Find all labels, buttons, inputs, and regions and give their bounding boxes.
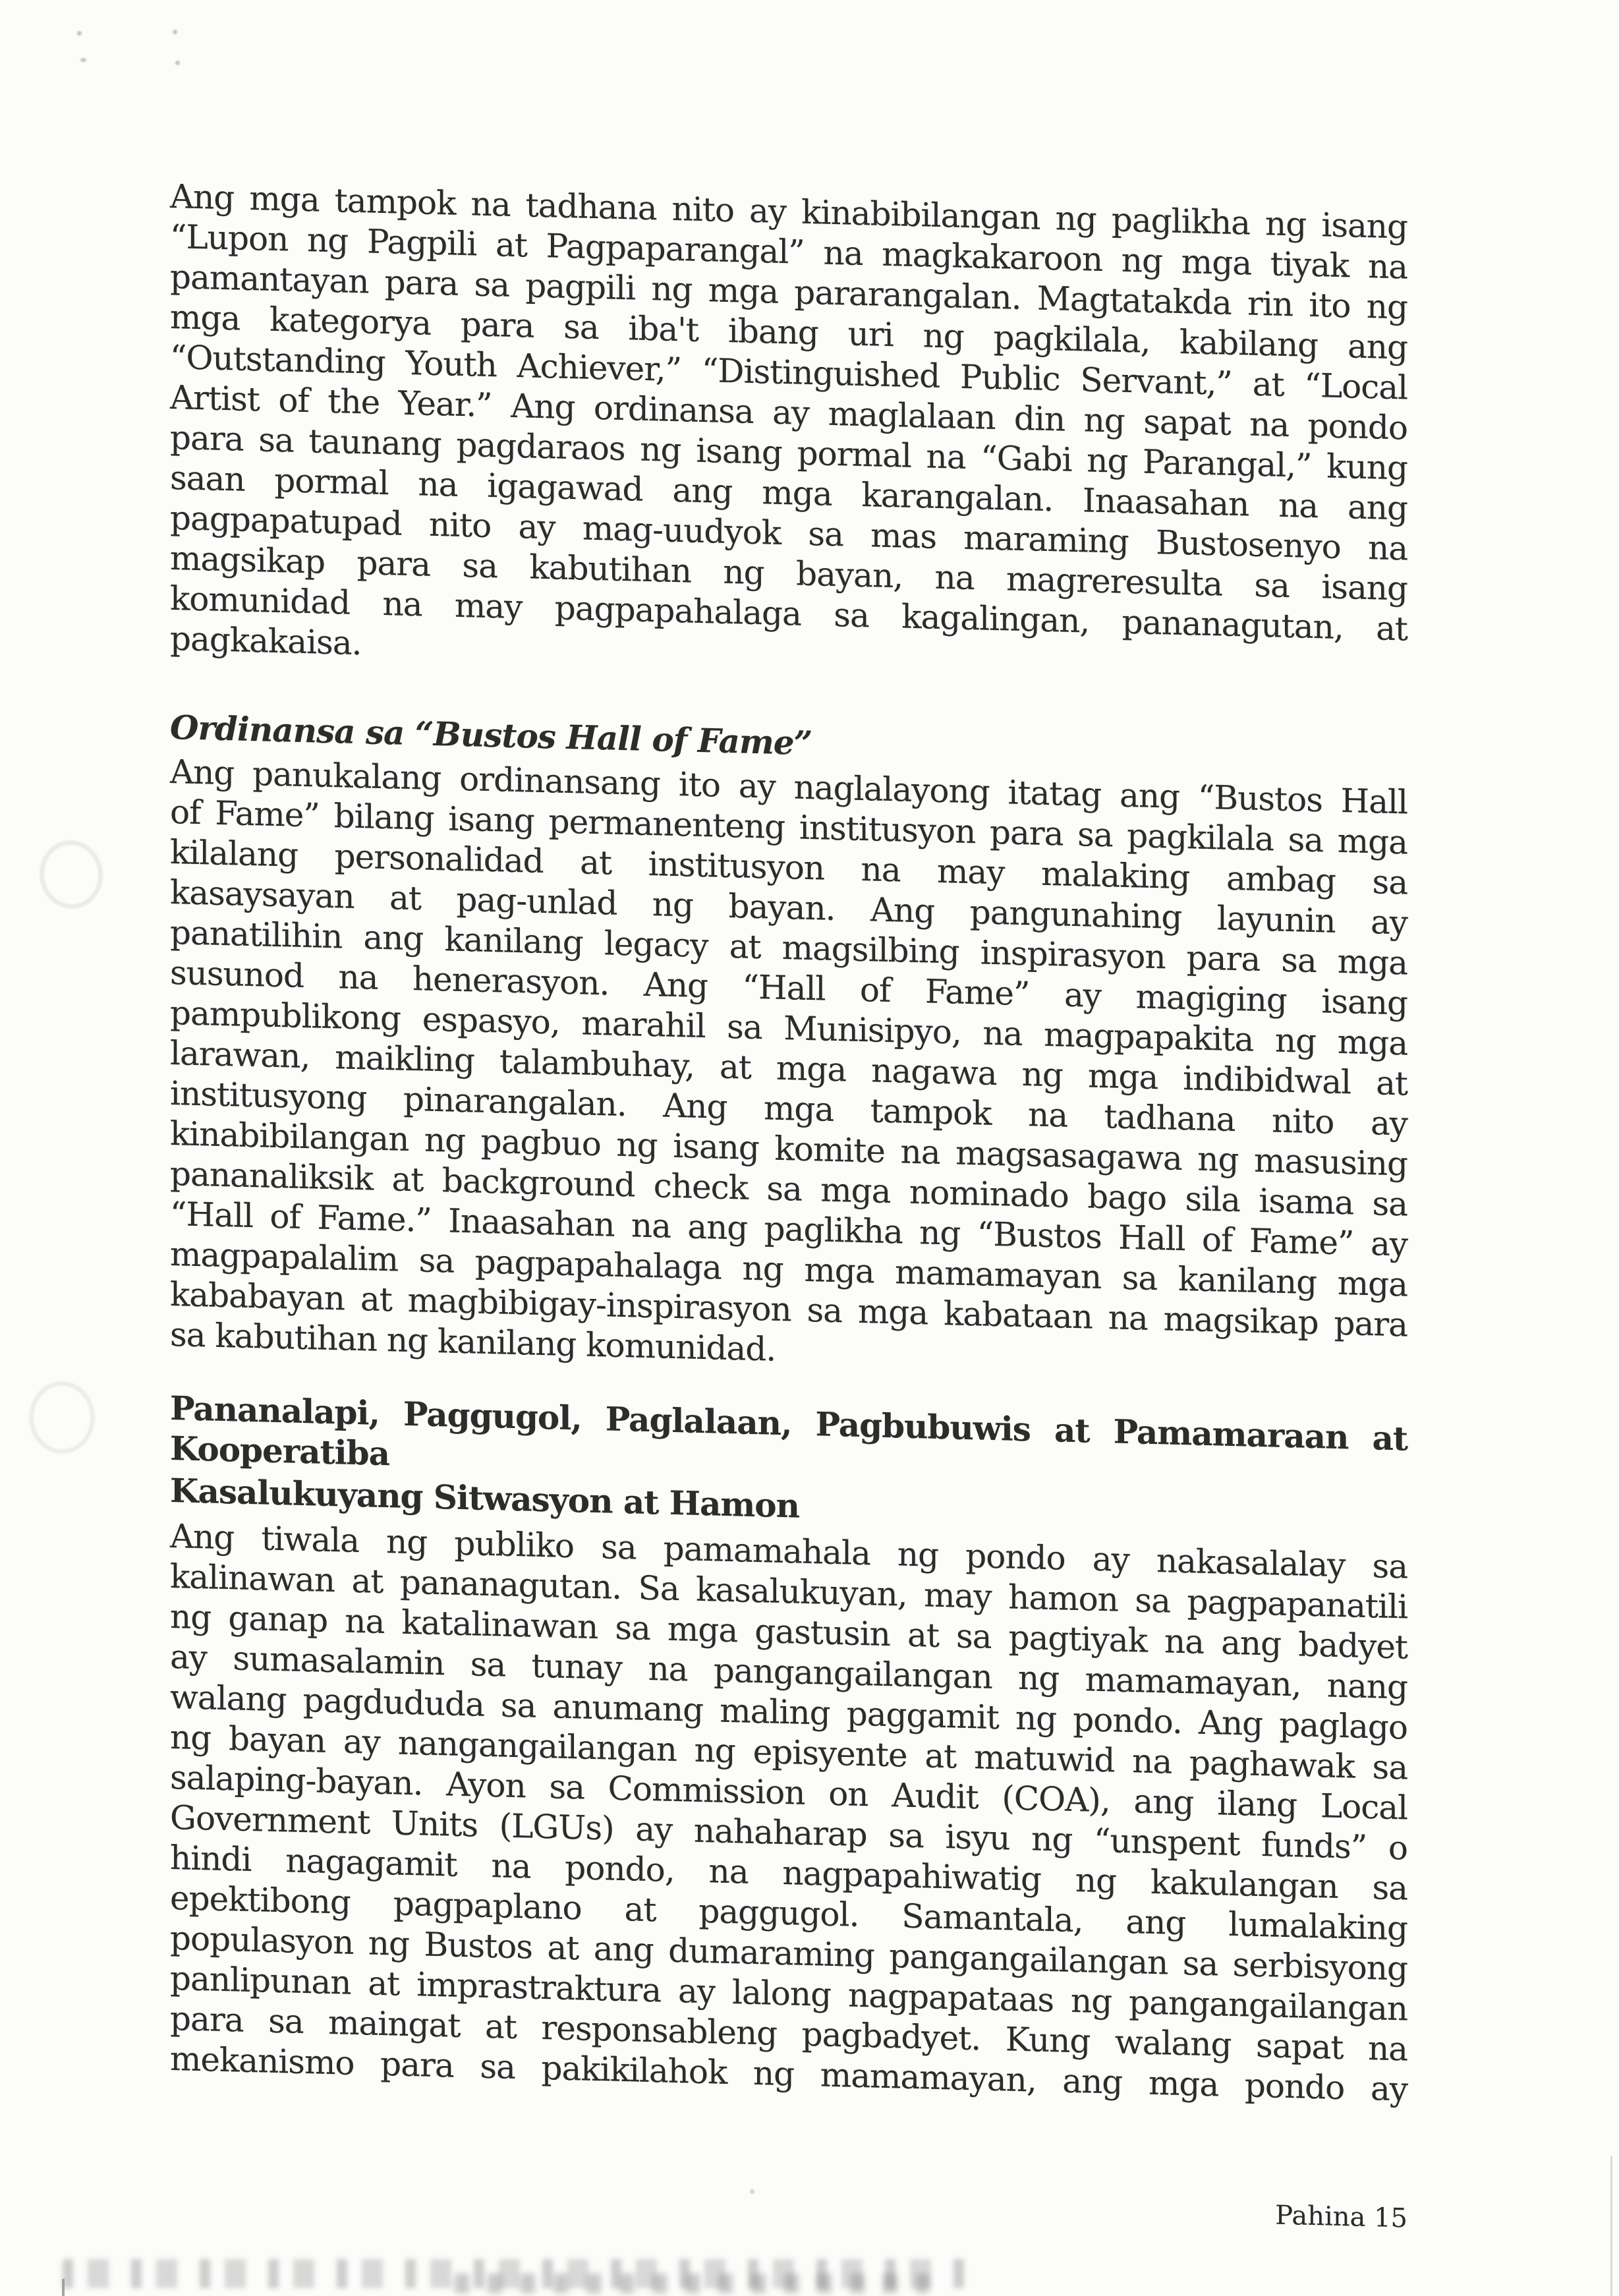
scan-speck [175, 61, 180, 65]
scanned-document-page: Ang mga tampok na tadhana nito ay kinabi… [0, 0, 1619, 2296]
page-number: Pahina 15 [170, 2168, 1407, 2239]
punch-hole-shadow [35, 836, 107, 913]
page-edge-mark [62, 2279, 65, 2296]
document-text-block: Ang mga tampok na tadhana nito ay kinabi… [170, 177, 1407, 2239]
scan-speck [77, 31, 82, 36]
paragraph-public-funds: Ang tiwala ng publiko sa pamamahala ng p… [170, 1516, 1407, 2110]
paragraph-awards-ordinance: Ang mga tampok na tadhana nito ay kinabi… [170, 177, 1407, 690]
bleed-through-text-band [455, 2274, 929, 2293]
scan-speck [173, 30, 177, 34]
page-edge-line [1610, 2156, 1612, 2296]
punch-hole-shadow [29, 1381, 95, 1454]
paragraph-hall-of-fame: Ang panukalang ordinansang ito ay naglal… [170, 752, 1407, 1386]
scan-speck [80, 58, 86, 62]
